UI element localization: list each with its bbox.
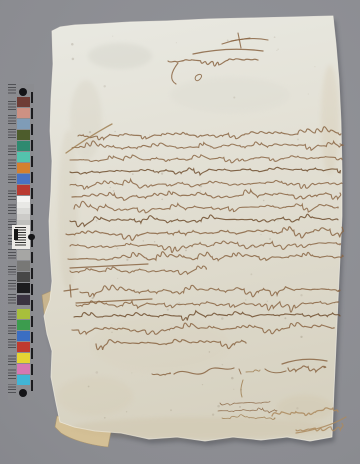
paper-stain [57, 376, 133, 416]
paper-stain [70, 80, 102, 160]
paper-stain [72, 417, 328, 439]
photo-stage [0, 0, 360, 464]
paper-stain [88, 43, 152, 69]
paper-stain [170, 77, 290, 113]
manuscript-page-photo [0, 0, 360, 464]
paper-stain [58, 130, 78, 290]
